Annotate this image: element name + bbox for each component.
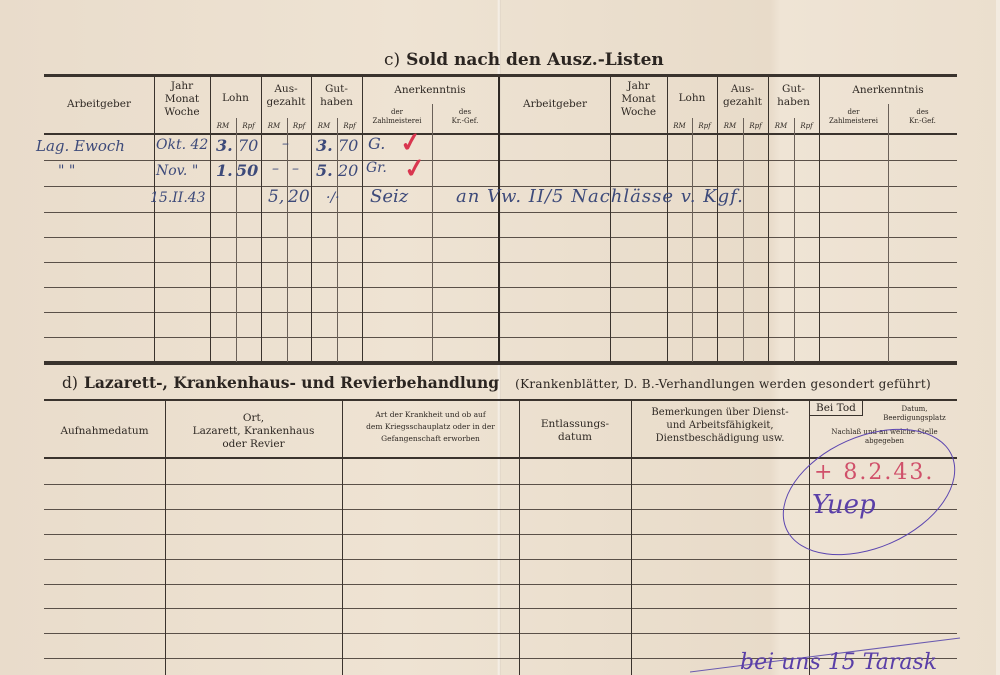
header-place: Ort, Lazarett, Krankenhaus oder Revier [165,412,342,451]
header-credit-line2: haben [311,96,362,109]
col-subdivider [794,118,795,362]
header-paid-line1: Aus- [261,83,311,96]
paper-edge [996,0,1000,675]
header-period-week: Woche [610,106,667,119]
death-signature: Yuep [812,490,876,520]
currency-rm: RM [717,122,743,130]
row2-credit-rm: 5. [316,161,333,180]
col-subdivider [888,104,889,362]
header-period-year: Jahr [154,80,210,93]
currency-rpf: Rpf [794,122,819,130]
row3-paid-rm: 5, [268,187,284,207]
header-paymaster-line2: Zahlmeisterei [362,117,432,126]
header-pow-line2: Kr.-Gef. [432,117,498,126]
col-subdivider [692,118,693,362]
section-d-title-text: Lazarett-, Krankenhaus- und Revierbehand… [84,373,499,392]
row1-paymaster: G. [368,134,385,153]
section-c-title: c)Sold nach den Ausz.-Listen [384,50,664,70]
row-line [44,262,957,263]
currency-rm: RM [261,122,287,130]
bottom-note: bei uns 15 Tarask [740,650,937,675]
header-period-year: Jahr [610,80,667,93]
header-paid-line2: gezahlt [261,96,311,109]
row-line [44,212,957,213]
col-subdivider [743,118,744,362]
header-wage-2: Lohn [667,92,717,105]
header-discharge-line1: Entlassungs- [519,418,631,431]
row3-note: an Vw. II/5 Nachlässe v. Kgf. [456,186,744,207]
header-period-2: Jahr Monat Woche [610,80,667,119]
currency-rm: RM [768,122,794,130]
header-illness-line2: dem Kriegsschauplatz oder in der [342,421,519,433]
header-place-line1: Ort, [165,412,342,425]
row3-period: 15.II.43 [150,190,206,206]
header-credit: Gut- haben [311,83,362,109]
header-period-week: Woche [154,106,210,119]
header-period: Jahr Monat Woche [154,80,210,119]
table-center-divider [498,77,500,362]
row-line [44,237,957,238]
header-employer-2: Arbeitgeber [500,98,610,111]
header-paid: Aus- gezahlt [261,83,311,109]
header-place-line3: oder Revier [165,438,342,451]
table-c-bottom-border [44,361,957,365]
col-divider [610,77,611,362]
row2-paid-rm: – [272,161,279,177]
col-divider [768,77,769,362]
header-death-details-top: Datum, Beerdigungsplatz [872,405,957,423]
section-c-title-text: Sold nach den Ausz.-Listen [406,50,664,70]
section-d-letter: d) [62,374,78,392]
header-paymaster-line1: der [362,108,432,117]
row3-paymaster: Seiz [370,186,408,207]
col-divider [154,77,155,362]
header-credit-line1: Gut- [311,83,362,96]
col-subdivider [236,118,237,362]
row1-credit-rm: 3. [316,136,333,155]
col-divider [311,77,312,362]
currency-rpf: Rpf [287,122,311,130]
header-death-line1: Datum, [872,405,957,414]
currency-rpf: Rpf [743,122,768,130]
table-c-top-border [44,74,957,77]
checkmark-icon: ✓ [402,153,428,186]
header-employer: Arbeitgeber [44,98,154,111]
header-paymaster: der Zahlmeisterei [362,108,432,126]
header-paymaster-line1: der [819,108,888,117]
header-wage: Lohn [210,92,261,105]
row-line [44,312,957,313]
col-subdivider [432,104,433,362]
section-d-note: (Krankenblätter, D. B.-Verhandlungen wer… [515,377,931,391]
header-illness-line1: Art der Krankheit und ob auf [342,409,519,421]
header-paid-line1: Aus- [717,83,768,96]
row1-period: Okt. 42 [156,137,208,153]
col-divider [717,77,718,362]
currency-rm: RM [210,122,236,130]
row3-credit-rm: ·/· [326,190,340,206]
currency-rm: RM [667,122,692,130]
row1-paid-rpf: – [282,136,289,152]
section-c-letter: c) [384,50,400,70]
row2-paymaster: Gr. [366,160,387,176]
row1-employer: Lag. Ewoch [36,137,125,155]
table-c-header-border [44,133,957,135]
row-line [44,584,957,585]
header-paid-line2: gezahlt [717,96,768,109]
header-acknowledgement: Anerkenntnis [362,84,498,97]
header-credit-2: Gut- haben [768,83,819,109]
row2-wage-rpf: 50 [236,161,258,180]
row-line [44,287,957,288]
col-subdivider [287,118,288,362]
row2-paid-rpf: – [292,161,299,177]
header-remarks-line3: Dienstbeschädigung usw. [631,432,809,445]
header-discharge-date: Entlassungs- datum [519,418,631,444]
row-line [44,160,957,161]
header-death-box: Bei Tod [810,401,863,416]
header-pow-line2: Kr.-Gef. [888,117,957,126]
header-remarks-line2: und Arbeitsfähigkeit, [631,419,809,432]
currency-rm: RM [311,122,337,130]
header-paymaster-line2: Zahlmeisterei [819,117,888,126]
row-line [44,559,957,560]
header-remarks-line1: Bemerkungen über Dienst- [631,406,809,419]
row1-wage-rm: 3. [216,136,233,155]
header-death-line2: Beerdigungsplatz [872,414,957,423]
currency-rpf: Rpf [236,122,261,130]
row3-paid-rpf: 20 [288,187,310,207]
header-pow-company: des Kr.-Gef. [432,108,498,126]
header-illness-line3: Gefangenschaft erworben [342,433,519,445]
header-credit-line1: Gut- [768,83,819,96]
col-divider [261,77,262,362]
row2-wage-rm: 1. [216,161,233,180]
header-pow-line1: des [888,108,957,117]
header-place-line2: Lazarett, Krankenhaus [165,425,342,438]
header-remarks: Bemerkungen über Dienst- und Arbeitsfähi… [631,406,809,445]
row2-employer: " " [58,163,75,179]
row-line [44,337,957,338]
section-d-title: d)Lazarett-, Krankenhaus- und Revierbeha… [62,373,931,392]
row2-credit-rpf: 20 [338,161,358,180]
header-paid-2: Aus- gezahlt [717,83,768,109]
currency-rpf: Rpf [337,122,362,130]
header-pow-line1: des [432,108,498,117]
row1-credit-rpf: 70 [338,136,358,155]
header-discharge-line2: datum [519,431,631,444]
header-period-month: Monat [154,93,210,106]
row2-period: Nov. " [156,163,198,179]
header-paymaster-2: der Zahlmeisterei [819,108,888,126]
col-divider [210,77,211,362]
header-period-month: Monat [610,93,667,106]
col-divider [667,77,668,362]
row1-wage-rpf: 70 [238,136,258,155]
header-illness: Art der Krankheit und ob auf dem Kriegss… [342,409,519,445]
header-acknowledgement-2: Anerkenntnis [819,84,957,97]
header-admission-date: Aufnahmedatum [44,425,165,438]
currency-rpf: Rpf [692,122,717,130]
header-pow-company-2: des Kr.-Gef. [888,108,957,126]
death-date: + 8.2.43. [814,460,934,485]
header-credit-line2: haben [768,96,819,109]
row-line [44,608,957,609]
